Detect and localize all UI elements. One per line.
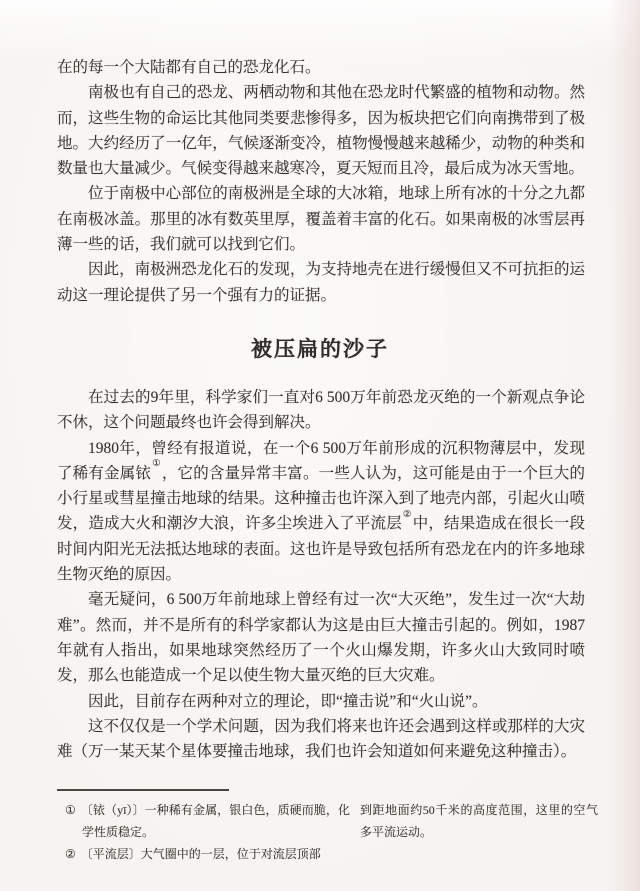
footnote-continuation: 到距地面约50千米的高度范围，这里的空气多平流运动。 bbox=[360, 800, 598, 844]
section-block: 在过去的9年里，科学家们一直对6 500万年前恐龙灭绝的一个新观点争论不休，这个… bbox=[57, 385, 585, 764]
footnotes-left-column: ①〔铱（yī）〕一种稀有金属，银白色，质硬而脆，化学性质稳定。 ②〔平流层〕大气… bbox=[65, 800, 350, 865]
paragraph: 位于南极中心部位的南极洲是全球的大冰箱，地球上所有冰的十分之九都在南极冰盖。那里… bbox=[57, 181, 585, 257]
paragraph: 因此，目前存在两种对立的理论，即“撞击说”和“火山说”。 bbox=[57, 689, 585, 714]
section-title: 被压扁的沙子 bbox=[0, 333, 640, 363]
footnote-ref: ① bbox=[152, 458, 161, 469]
footnote-text: 〔平流层〕大气圈中的一层，位于对流层顶部 bbox=[81, 847, 321, 861]
footnote: ②〔平流层〕大气圈中的一层，位于对流层顶部 bbox=[65, 844, 350, 866]
footnotes-block: ①〔铱（yī）〕一种稀有金属，银白色，质硬而脆，化学性质稳定。 ②〔平流层〕大气… bbox=[65, 800, 625, 865]
footnote-divider bbox=[57, 789, 229, 791]
footnotes-right-column: 到距地面约50千米的高度范围，这里的空气多平流运动。 bbox=[360, 800, 598, 865]
footnote-text: 〔铱（yī）〕一种稀有金属，银白色，质硬而脆，化学性质稳定。 bbox=[81, 803, 350, 839]
intro-block: 在的每一个大陆都有自己的恐龙化石。 南极也有自己的恐龙、两栖动物和其他在恐龙时代… bbox=[57, 55, 585, 308]
footnote-marker: ① bbox=[65, 803, 76, 817]
footnote: ①〔铱（yī）〕一种稀有金属，银白色，质硬而脆，化学性质稳定。 bbox=[65, 800, 350, 844]
scanned-page: 在的每一个大陆都有自己的恐龙化石。 南极也有自己的恐龙、两栖动物和其他在恐龙时代… bbox=[0, 0, 640, 891]
paragraph: 这不仅仅是一个学术问题，因为我们将来也许还会遇到这样或那样的大灾难（万一某天某个… bbox=[57, 714, 585, 765]
footnote-ref: ② bbox=[403, 509, 412, 520]
paragraph: 南极也有自己的恐龙、两栖动物和其他在恐龙时代繁盛的植物和动物。然而，这些生物的命… bbox=[57, 80, 585, 181]
footnote-marker: ② bbox=[65, 847, 76, 861]
paragraph: 在过去的9年里，科学家们一直对6 500万年前恐龙灭绝的一个新观点争论不休，这个… bbox=[57, 385, 585, 436]
paragraph: 毫无疑问，6 500万年前地球上曾经有过一次“大灭绝”，发生过一次“大劫难”。然… bbox=[57, 587, 585, 688]
paragraph: 在的每一个大陆都有自己的恐龙化石。 bbox=[57, 55, 585, 80]
paragraph: 因此，南极洲恐龙化石的发现，为支持地壳在进行缓慢但又不可抗拒的运动这一理论提供了… bbox=[57, 257, 585, 308]
paragraph: 1980年，曾经有报道说，在一个6 500万年前形成的沉积物薄层中，发现了稀有金… bbox=[57, 436, 585, 588]
